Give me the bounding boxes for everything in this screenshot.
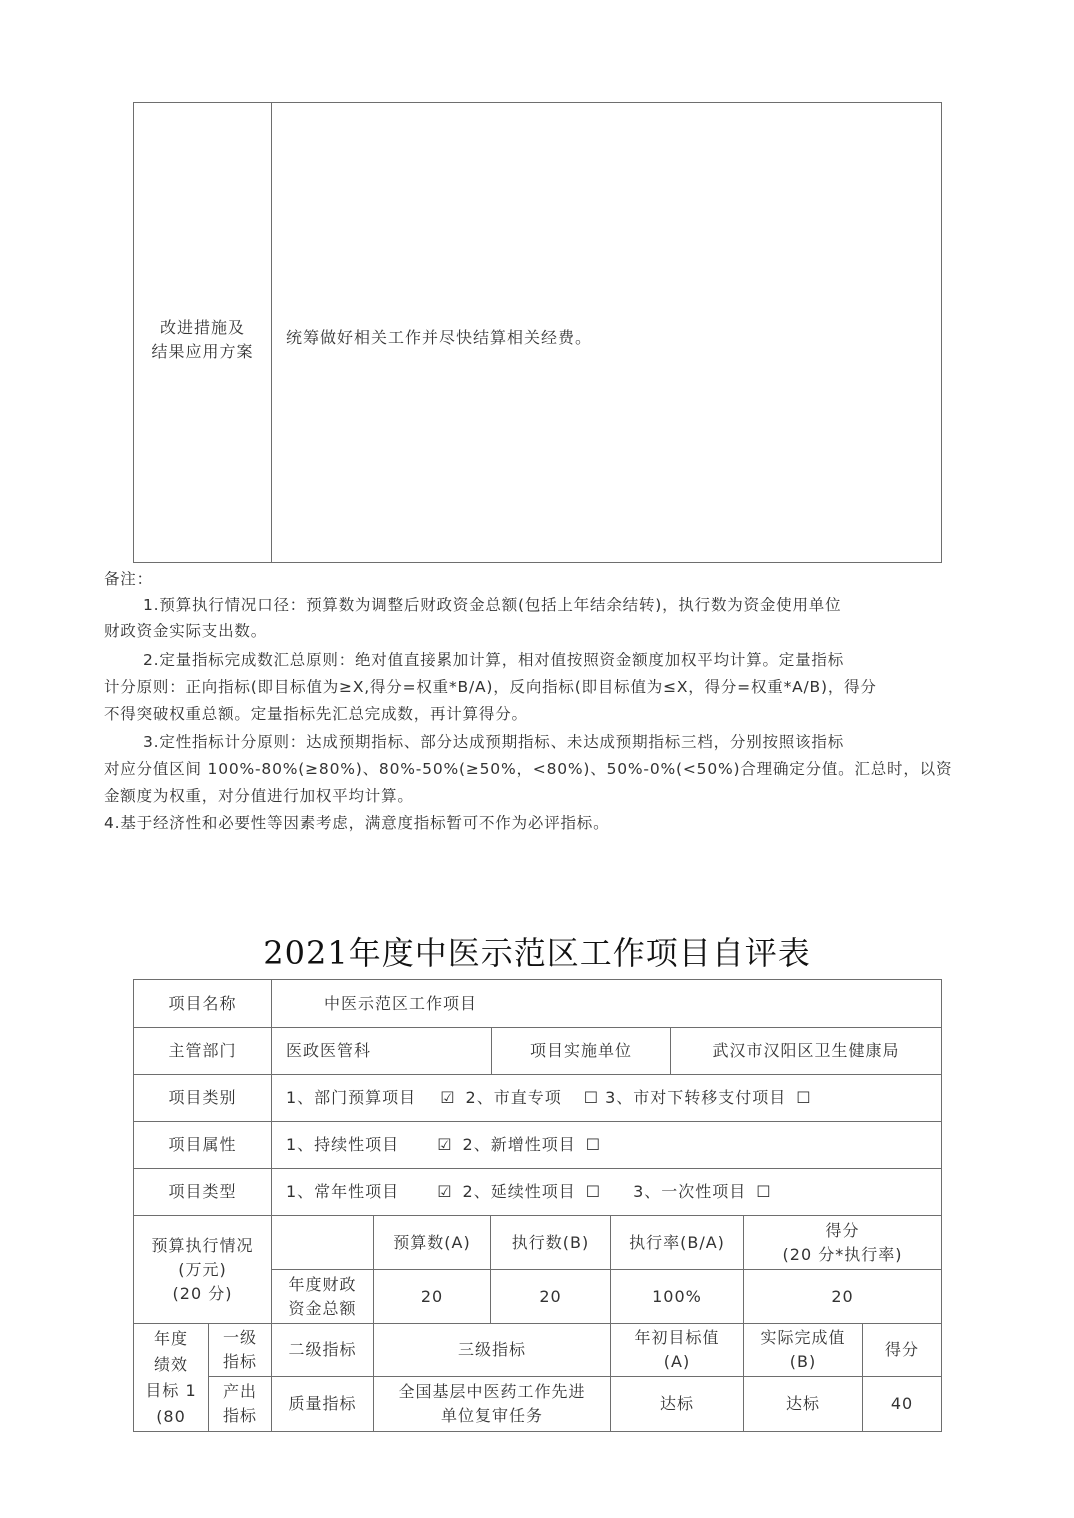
exec-b-value: 20 [491, 1270, 610, 1323]
cell-line: 指标 [223, 1404, 257, 1428]
header-line: (A) [664, 1350, 690, 1374]
exec-rate-value: 100% [611, 1270, 743, 1323]
label-line: (20 分) [173, 1282, 233, 1306]
type-option-1-checkbox[interactable]: ☑ [437, 1180, 452, 1204]
note-3-line-2: 对应分值区间 100%-80%(≥80%)、80%-50%(≥50%，<80%)… [104, 756, 952, 782]
type-option-2-checkbox[interactable]: ☐ [586, 1180, 601, 1204]
target-value-header: 年初目标值 (A) [611, 1324, 743, 1376]
header-line: 年初目标值 [634, 1326, 719, 1350]
exec-b-header: 执行数(B) [491, 1216, 610, 1269]
label-line: 年度 [154, 1326, 188, 1352]
project-category-label: 项目类别 [134, 1075, 271, 1121]
project-attribute-options: 1、持续性项目 ☑ 2、新增性项目 ☐ [272, 1122, 941, 1168]
attribute-option-1-checkbox[interactable]: ☑ [437, 1133, 452, 1157]
actual-value-header: 实际完成值 (B) [744, 1324, 862, 1376]
target-value-cell: 达标 [611, 1377, 743, 1431]
note-1-line-2: 财政资金实际支出数。 [104, 618, 267, 644]
level1-indicator-cell: 产出 指标 [209, 1377, 271, 1431]
level1-indicator-header: 一级 指标 [209, 1324, 271, 1376]
department-label: 主管部门 [134, 1028, 271, 1074]
annual-fiscal-funds-label: 年度财政 资金总额 [272, 1270, 373, 1323]
header-line: (B) [790, 1350, 816, 1374]
project-name-value: 中医示范区工作项目 [272, 980, 941, 1027]
project-type-label: 项目类型 [134, 1169, 271, 1215]
header-line: 一级 [223, 1326, 257, 1350]
budget-a-value: 20 [374, 1270, 490, 1323]
grid-line [133, 1431, 942, 1432]
label-line: (80 [156, 1404, 186, 1430]
label-line: 改进措施及 [160, 316, 245, 340]
type-option-3-checkbox[interactable]: ☐ [756, 1180, 771, 1204]
budget-score-value: 20 [744, 1270, 941, 1323]
label-line: 结果应用方案 [151, 340, 253, 364]
category-option-2-label: 2、市直专项 [466, 1086, 562, 1110]
note-1-line-1: 1.预算执行情况口径：预算数为调整后财政资金总额(包括上年结余结转)，执行数为资… [143, 592, 841, 618]
label-line: 目标 1 [145, 1378, 196, 1404]
score-header: 得分 [863, 1324, 941, 1376]
implementing-unit-label: 项目实施单位 [492, 1028, 670, 1074]
actual-value-cell: 达标 [744, 1377, 862, 1431]
cell-line: 全国基层中医药工作先进 [398, 1380, 585, 1404]
border-top [133, 102, 942, 103]
form-title: 2021年度中医示范区工作项目自评表 [0, 928, 1074, 974]
budget-execution-label: 预算执行情况 (万元) (20 分) [134, 1216, 271, 1323]
category-option-2-checkbox[interactable]: ☐ [584, 1086, 599, 1110]
project-name-label: 项目名称 [134, 980, 271, 1027]
header-line: (20 分*执行率) [783, 1243, 903, 1267]
level3-indicator-cell: 全国基层中医药工作先进 单位复审任务 [374, 1377, 610, 1431]
header-line: 指标 [223, 1350, 257, 1374]
exec-rate-header: 执行率(B/A) [611, 1216, 743, 1269]
cell-line: 单位复审任务 [441, 1404, 543, 1428]
category-option-1-checkbox[interactable]: ☑ [440, 1086, 455, 1110]
level2-indicator-header: 二级指标 [272, 1324, 373, 1376]
department-value: 医政医管科 [272, 1028, 491, 1074]
project-type-options: 1、常年性项目 ☑ 2、延续性项目 ☐ 3、一次性项目 ☐ [272, 1169, 941, 1215]
label-line: 年度财政 [288, 1273, 356, 1297]
cell-line: 产出 [223, 1380, 257, 1404]
budget-score-header: 得分 (20 分*执行率) [744, 1216, 941, 1269]
header-line: 得分 [825, 1219, 859, 1243]
type-option-3-label: 3、一次性项目 [633, 1180, 746, 1204]
label-line: 绩效 [154, 1352, 188, 1378]
label-line: (万元) [178, 1258, 227, 1282]
category-option-3-label: 3、市对下转移支付项目 [605, 1086, 786, 1110]
project-category-options: 1、部门预算项目 ☑ 2、市直专项 ☐ 3、市对下转移支付项目 ☐ [272, 1075, 941, 1121]
note-2-line-2: 计分原则：正向指标(即目标值为≥X,得分=权重*B/A)，反向指标(即目标值为≤… [104, 674, 877, 700]
attribute-option-2-label: 2、新增性项目 [463, 1133, 576, 1157]
attribute-option-1-label: 1、持续性项目 [286, 1133, 399, 1157]
border-right [941, 102, 942, 563]
score-cell: 40 [863, 1377, 941, 1431]
label-line: 资金总额 [288, 1297, 356, 1321]
header-line: 实际完成值 [760, 1326, 845, 1350]
note-4: 4.基于经济性和必要性等因素考虑，满意度指标暂可不作为必评指标。 [104, 810, 609, 836]
category-option-3-checkbox[interactable]: ☐ [796, 1086, 811, 1110]
note-2-line-1: 2.定量指标完成数汇总原则：绝对值直接累加计算，相对值按照资金额度加权平均计算。… [143, 647, 844, 673]
level2-indicator-cell: 质量指标 [272, 1377, 373, 1431]
note-2-line-3: 不得突破权重总额。定量指标先汇总完成数，再计算得分。 [104, 701, 528, 727]
implementing-unit-value: 武汉市汉阳区卫生健康局 [671, 1028, 941, 1074]
improvement-content: 统筹做好相关工作并尽快结算相关经费。 [272, 322, 932, 354]
category-option-1-label: 1、部门预算项目 [286, 1086, 416, 1110]
budget-a-header: 预算数(A) [374, 1216, 490, 1269]
border-bottom [133, 562, 942, 563]
level3-indicator-header: 三级指标 [374, 1324, 610, 1376]
note-3-line-1: 3.定性指标计分原则：达成预期指标、部分达成预期指标、未达成预期指标三档，分别按… [143, 729, 844, 755]
type-option-1-label: 1、常年性项目 [286, 1180, 399, 1204]
annual-goal-label: 年度 绩效 目标 1 (80 [134, 1324, 208, 1431]
type-option-2-label: 2、延续性项目 [463, 1180, 576, 1204]
attribute-option-2-checkbox[interactable]: ☐ [586, 1133, 601, 1157]
label-line: 预算执行情况 [151, 1234, 253, 1258]
note-3-line-3: 金额度为权重，对分值进行加权平均计算。 [104, 783, 414, 809]
grid-line [941, 979, 942, 1432]
improvement-label: 改进措施及 结果应用方案 [134, 300, 271, 380]
project-attribute-label: 项目属性 [134, 1122, 271, 1168]
notes-heading: 备注： [104, 566, 153, 592]
